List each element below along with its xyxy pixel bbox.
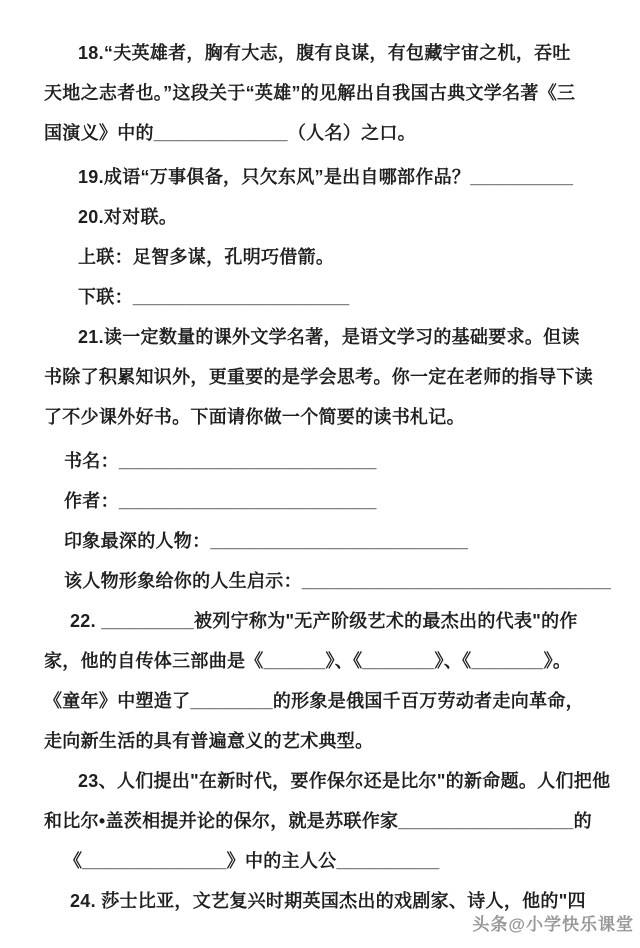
question-23-line-2: 和比尔•盖茨相提并论的保尔，就是苏联作家_________________的 — [44, 801, 610, 841]
question-22-line-4: 走向新生活的具有普遍意义的艺术典型。 — [44, 721, 610, 761]
question-18-line-3: 国演义》中的_____________（人名）之口。 — [44, 113, 610, 153]
question-21-author-blank: 作者：_________________________ — [44, 481, 610, 521]
question-23: 23、人们提出"在新时代，要作保尔还是比尔"的新命题。人们把他 和比尔•盖茨相提… — [44, 761, 610, 881]
question-21-line-3: 了不少课外好书。下面请你做一个简要的读书札记。 — [44, 397, 610, 437]
question-21-line-2: 书除了积累知识外，更重要的是学会思考。你一定在老师的指导下读 — [44, 357, 610, 397]
question-21-book-title-blank: 书名：_________________________ — [44, 441, 610, 481]
question-18-line-1: 18.“夫英雄者，胸有大志，腹有良谋，有包藏宇宙之机，吞吐 — [44, 33, 610, 73]
question-23-line-1: 23、人们提出"在新时代，要作保尔还是比尔"的新命题。人们把他 — [44, 761, 610, 801]
question-20-upper-couplet: 上联：足智多谋，孔明巧借箭。 — [44, 237, 610, 277]
question-18: 18.“夫英雄者，胸有大志，腹有良谋，有包藏宇宙之机，吞吐 天地之志者也。”这段… — [44, 33, 610, 153]
question-22-line-2: 家，他的自传体三部曲是《______》、《_______》、《_______》。 — [44, 641, 610, 681]
question-18-line-2: 天地之志者也。”这段关于“英雄”的见解出自我国古典文学名著《三 — [44, 73, 610, 113]
question-19-line-1: 19.成语“万事俱备，只欠东风”是出自哪部作品？__________ — [44, 157, 610, 197]
question-21: 21.读一定数量的课外文学名著，是语文学习的基础要求。但读 书除了积累知识外，更… — [44, 317, 610, 601]
question-19: 19.成语“万事俱备，只欠东风”是出自哪部作品？__________ — [44, 157, 610, 197]
question-22-line-1: 22. _________被列宁称为"无产阶级艺术的最杰出的代表"的作 — [44, 601, 610, 641]
watermark: 头条@小学快乐课堂 — [472, 910, 634, 935]
question-20-lower-couplet: 下联：_____________________ — [44, 277, 610, 317]
question-22: 22. _________被列宁称为"无产阶级艺术的最杰出的代表"的作 家，他的… — [44, 601, 610, 761]
question-21-line-1: 21.读一定数量的课外文学名著，是语文学习的基础要求。但读 — [44, 317, 610, 357]
question-20-line-1: 20.对对联。 — [44, 197, 610, 237]
question-22-line-3: 《童年》中塑造了________的形象是俄国千百万劳动者走向革命， — [44, 681, 610, 721]
worksheet-page: 18.“夫英雄者，胸有大志，腹有良谋，有包藏宇宙之机，吞吐 天地之志者也。”这段… — [0, 0, 640, 921]
question-20: 20.对对联。 上联：足智多谋，孔明巧借箭。 下联：______________… — [44, 197, 610, 317]
question-21-inspiration-blank: 该人物形象给你的人生启示：___________________________… — [44, 561, 610, 601]
question-21-character-blank: 印象最深的人物：_________________________ — [44, 521, 610, 561]
question-23-line-3: 《______________》中的主人公__________ — [44, 841, 610, 881]
